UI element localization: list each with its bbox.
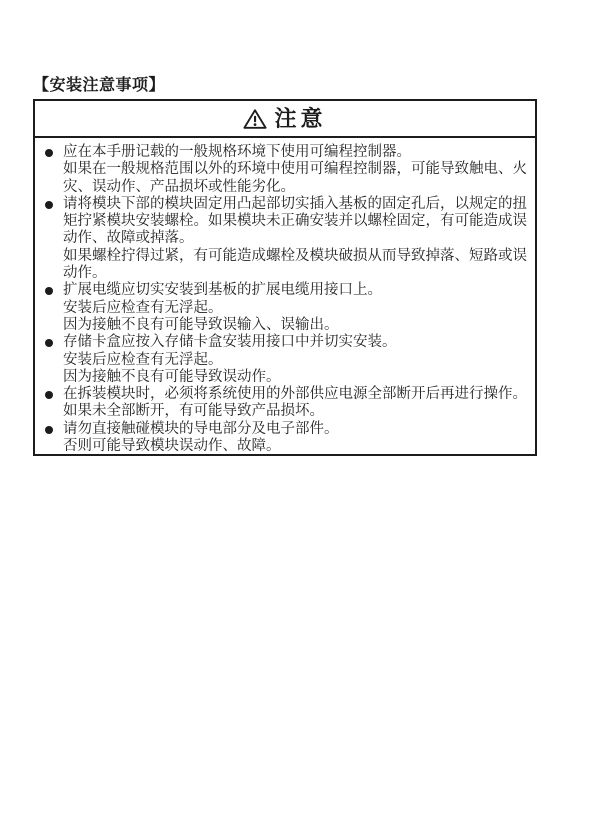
bullet-text: 扩展电缆应切实安装到基板的扩展电缆用接口上。安装后应检查有无浮起。因为接触不良有… [63, 282, 523, 334]
bullet-text-line: 因为接触不良有可能导致误输入、误输出。 [63, 317, 523, 334]
caution-bullet-list: 应在本手册记载的一般规格环境下使用可编程控制器。如果在一般规格范围以外的环境中使… [35, 138, 535, 459]
bullet-text-line: 安装后应检查有无浮起。 [63, 352, 523, 369]
bullet-text-line: 应在本手册记载的一般规格环境下使用可编程控制器。 [63, 144, 527, 161]
bullet-text-line: 动作、故障或掉落。 [63, 230, 527, 247]
bullet-icon [45, 287, 53, 295]
bullet-text-line: 如果在一般规格范围以外的环境中使用可编程控制器，可能导致触电、火 [63, 161, 527, 178]
bullet-text: 请勿直接触碰模块的导电部分及电子部件。否则可能导致模块误动作、故障。 [63, 421, 523, 456]
list-item: 请勿直接触碰模块的导电部分及电子部件。否则可能导致模块误动作、故障。 [45, 421, 523, 456]
caution-box: 注意 应在本手册记载的一般规格环境下使用可编程控制器。如果在一般规格范围以外的环… [33, 99, 537, 456]
bullet-icon [45, 201, 53, 209]
document-page: 【安装注意事项】 注意 应在本手册记载的一般规格环境下使用可编程控制器。如果在一… [0, 0, 596, 840]
bullet-text-line: 存储卡盒应按入存储卡盒安装用接口中并切实安装。 [63, 334, 523, 351]
bullet-text: 请将模块下部的模块固定用凸起部切实插入基板的固定孔后，以规定的扭矩拧紧模块安装螺… [63, 196, 527, 282]
bullet-text-line: 灾、误动作、产品损坏或性能劣化。 [63, 179, 527, 196]
bullet-text: 存储卡盒应按入存储卡盒安装用接口中并切实安装。安装后应检查有无浮起。因为接触不良… [63, 334, 523, 386]
bullet-text-line: 如果未全部断开，有可能导致产品损坏。 [63, 403, 527, 420]
bullet-text-line: 矩拧紧模块安装螺栓。如果模块未正确安装并以螺栓固定，有可能造成误 [63, 213, 527, 230]
list-item: 请将模块下部的模块固定用凸起部切实插入基板的固定孔后，以规定的扭矩拧紧模块安装螺… [45, 196, 523, 282]
bullet-text: 应在本手册记载的一般规格环境下使用可编程控制器。如果在一般规格范围以外的环境中使… [63, 144, 527, 196]
bullet-text-line: 动作。 [63, 265, 527, 282]
list-item: 应在本手册记载的一般规格环境下使用可编程控制器。如果在一般规格范围以外的环境中使… [45, 144, 523, 196]
bullet-text-line: 扩展电缆应切实安装到基板的扩展电缆用接口上。 [63, 282, 523, 299]
list-item: 扩展电缆应切实安装到基板的扩展电缆用接口上。安装后应检查有无浮起。因为接触不良有… [45, 282, 523, 334]
bullet-icon [45, 426, 53, 434]
bullet-icon [45, 391, 53, 399]
bullet-icon [45, 149, 53, 157]
bullet-text-line: 安装后应检查有无浮起。 [63, 300, 523, 317]
page-title: 【安装注意事项】 [33, 72, 165, 95]
bullet-text-line: 请勿直接触碰模块的导电部分及电子部件。 [63, 421, 523, 438]
bullet-icon [45, 339, 53, 347]
caution-title-bar: 注意 [35, 101, 535, 138]
caution-title-text: 注意 [274, 102, 326, 133]
bullet-text-line: 如果螺栓拧得过紧，有可能造成螺栓及模块破损从而导致掉落、短路或误 [63, 248, 527, 265]
bullet-text-line: 因为接触不良有可能导致误动作。 [63, 369, 523, 386]
bullet-text-line: 请将模块下部的模块固定用凸起部切实插入基板的固定孔后，以规定的扭 [63, 196, 527, 213]
bullet-text: 在拆装模块时，必须将系统使用的外部供应电源全部断开后再进行操作。如果未全部断开，… [63, 386, 527, 421]
warning-triangle-icon [243, 108, 267, 130]
bullet-text-line: 在拆装模块时，必须将系统使用的外部供应电源全部断开后再进行操作。 [63, 386, 527, 403]
bullet-text-line: 否则可能导致模块误动作、故障。 [63, 438, 523, 455]
list-item: 存储卡盒应按入存储卡盒安装用接口中并切实安装。安装后应检查有无浮起。因为接触不良… [45, 334, 523, 386]
list-item: 在拆装模块时，必须将系统使用的外部供应电源全部断开后再进行操作。如果未全部断开，… [45, 386, 523, 421]
